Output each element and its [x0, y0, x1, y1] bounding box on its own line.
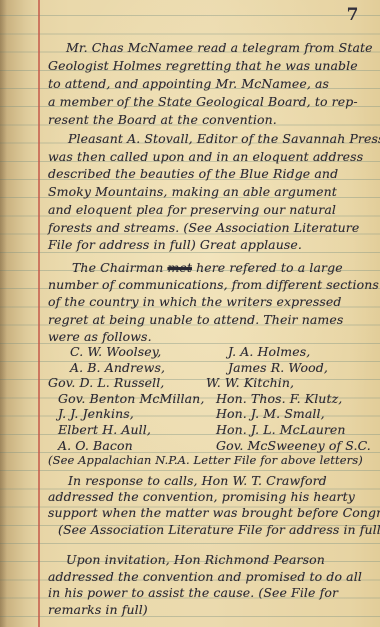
- paragraph-crawford: In response to calls, Hon W. T. Crawford…: [48, 473, 370, 538]
- paragraph-communications: The Chairman met here refered to a large…: [48, 259, 370, 345]
- name-left: J. J. Jenkins,: [48, 406, 216, 422]
- name-row: J. J. Jenkins, Hon. J. M. Small,: [48, 406, 370, 422]
- name-left: C. W. Woolsey,: [48, 344, 228, 360]
- handwriting-line: support when the matter was brought befo…: [48, 505, 370, 521]
- struck-out-word: met: [167, 260, 192, 275]
- name-left: A. O. Bacon: [48, 438, 216, 454]
- handwriting-line: to attend, and appointing Mr. McNamee, a…: [48, 75, 370, 93]
- name-right: Gov. McSweeney of S.C.: [216, 438, 371, 454]
- handwriting-line: Mr. Chas McNamee read a telegram from St…: [48, 39, 370, 57]
- handwriting-line: described the beauties of the Blue Ridge…: [48, 165, 370, 183]
- handwriting-line: The Chairman met here refered to a large: [48, 259, 370, 276]
- name-right: W. W. Kitchin,: [206, 375, 294, 391]
- name-row: Gov. D. L. Russell, W. W. Kitchin,: [48, 375, 370, 391]
- name-left: Elbert H. Aull,: [48, 422, 216, 438]
- handwriting-line: of the country in which the writers expr…: [48, 293, 370, 310]
- name-row: Elbert H. Aull, Hon. J. L. McLauren: [48, 422, 370, 438]
- handwriting-line: Smoky Mountains, making an able argument: [48, 183, 370, 201]
- handwriting-line: number of communications, from different…: [48, 276, 370, 293]
- handwriting-line: Upon invitation, Hon Richmond Pearson: [48, 552, 370, 569]
- handwriting-line: In response to calls, Hon W. T. Crawford: [48, 473, 370, 489]
- name-row: Gov. Benton McMillan, Hon. Thos. F. Klut…: [48, 391, 370, 407]
- scanned-minutes-page: 7 Mr. Chas McNamee read a telegram from …: [0, 0, 380, 627]
- handwriting-line: a member of the State Geological Board, …: [48, 93, 370, 111]
- name-row: A. B. Andrews, James R. Wood,: [48, 360, 370, 376]
- name-left: A. B. Andrews,: [48, 360, 228, 376]
- line-text-post: here refered to a large: [192, 260, 343, 275]
- name-right: Hon. J. L. McLauren: [216, 422, 346, 438]
- names-list: C. W. Woolsey, J. A. Holmes, A. B. Andre…: [48, 344, 370, 469]
- name-right: J. A. Holmes,: [228, 344, 310, 360]
- name-right: Hon. J. M. Small,: [216, 406, 325, 422]
- handwriting-line: was then called upon and in an eloquent …: [48, 148, 370, 166]
- name-left: Gov. D. L. Russell,: [48, 375, 206, 391]
- binding-shadow: [0, 0, 7, 627]
- handwriting-line: Pleasant A. Stovall, Editor of the Savan…: [48, 130, 370, 148]
- handwriting-line: in his power to assist the cause. (See F…: [48, 585, 370, 602]
- handwriting-line: remarks in full): [48, 602, 370, 619]
- paragraph-pearson: Upon invitation, Hon Richmond Pearson ad…: [48, 552, 370, 618]
- name-left: Gov. Benton McMillan,: [48, 391, 216, 407]
- handwriting-line: addressed the convention and promised to…: [48, 569, 370, 586]
- letter-file-note: (See Appalachian N.P.A. Letter File for …: [48, 453, 370, 469]
- paragraph-mcnamee-telegram: Mr. Chas McNamee read a telegram from St…: [48, 39, 370, 129]
- name-right: Hon. Thos. F. Klutz,: [216, 391, 342, 407]
- handwriting-line: (See Association Literature File for add…: [48, 522, 370, 538]
- handwriting-line: forests and streams. (See Association Li…: [48, 219, 370, 237]
- page-number: 7: [347, 5, 359, 25]
- handwriting-line: File for address in full) Great applause…: [48, 236, 370, 254]
- name-row: C. W. Woolsey, J. A. Holmes,: [48, 344, 370, 360]
- line-text-pre: The Chairman: [72, 260, 167, 275]
- handwriting-line: were as follows.: [48, 328, 370, 345]
- handwriting-line: resent the Board at the convention.: [48, 111, 370, 129]
- paragraph-stovall-address: Pleasant A. Stovall, Editor of the Savan…: [48, 130, 370, 254]
- handwriting-line: Geologist Holmes regretting that he was …: [48, 57, 370, 75]
- name-right: James R. Wood,: [228, 360, 328, 376]
- red-margin-line: [38, 0, 40, 627]
- name-row: A. O. Bacon Gov. McSweeney of S.C.: [48, 438, 370, 454]
- handwriting-line: addressed the convention, promising his …: [48, 489, 370, 505]
- handwriting-line: regret at being unable to attend. Their …: [48, 311, 370, 328]
- handwriting-line: and eloquent plea for preserving our nat…: [48, 201, 370, 219]
